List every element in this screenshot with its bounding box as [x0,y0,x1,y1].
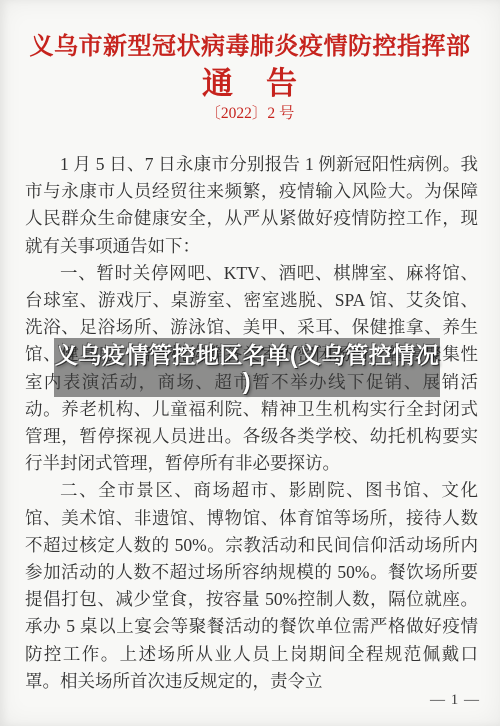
paragraph-item-2: 二、全市景区、商场超市、影剧院、图书馆、文化馆、美术馆、非遗馆、博物馆、体育馆等… [25,477,478,695]
page-number: — 1 — [430,692,480,709]
document-title: 通 告 [0,58,500,103]
issuing-authority: 义乌市新型冠状病毒肺炎疫情防控指挥部 [0,26,500,61]
caption-overlay-banner: 义乌疫情管控地区名单(义乌管控情况 ) [54,338,440,397]
caption-overlay-line2: ) [54,368,440,394]
notice-document-page: 义乌市新型冠状病毒肺炎疫情防控指挥部 通 告 〔2022〕2 号 1 月 5 日… [0,0,500,726]
document-number: 〔2022〕2 号 [0,101,500,123]
caption-overlay-line1: 义乌疫情管控地区名单(义乌管控情况 [54,342,440,368]
paragraph-intro: 1 月 5 日、7 日永康市分别报告 1 例新冠阳性病例。我市与永康市人员经贸往… [25,151,478,260]
document-body: 1 月 5 日、7 日永康市分别报告 1 例新冠阳性病例。我市与永康市人员经贸往… [25,151,478,695]
